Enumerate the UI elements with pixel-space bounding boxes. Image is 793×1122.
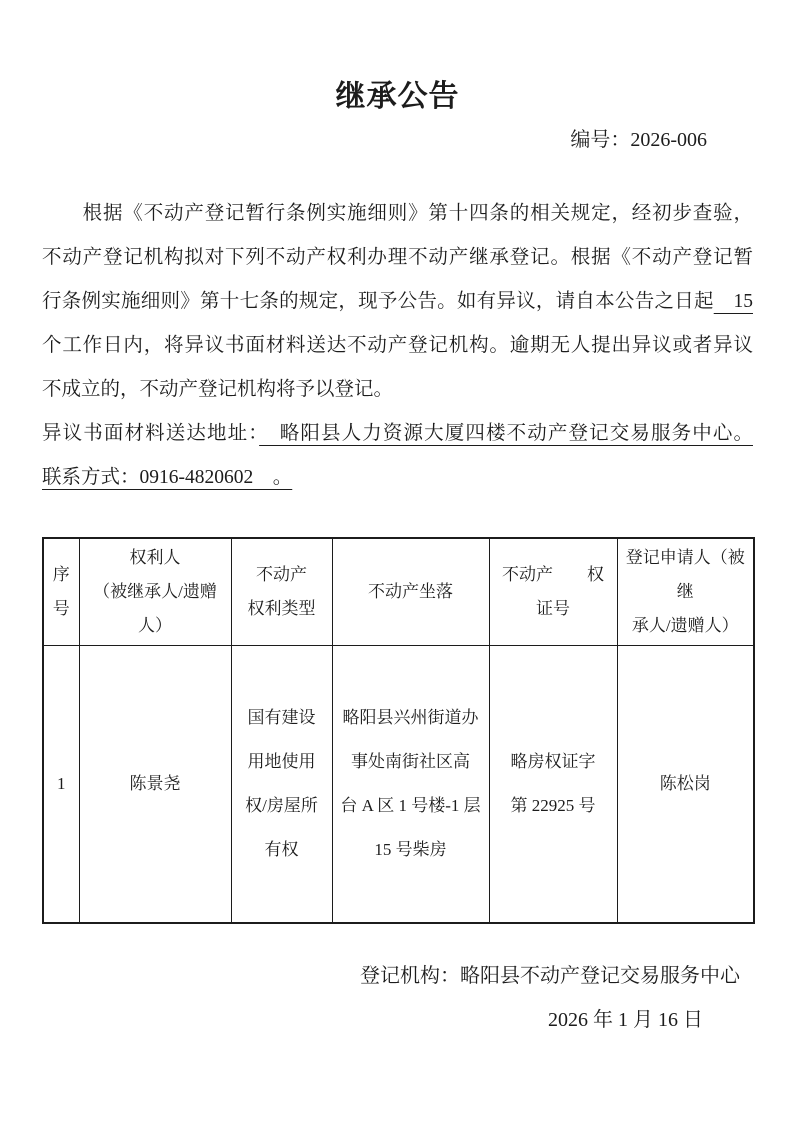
address-value-underlined: 略阳县人力资源大厦四楼不动产登记交易服务中心。	[259, 423, 753, 444]
notice-table: 序 号 权利人 （被继承人/遗赠 人） 不动产 权利类型 不动产坐落 不动产 权…	[42, 537, 755, 924]
notice-table-wrap: 序 号 权利人 （被继承人/遗赠 人） 不动产 权利类型 不动产坐落 不动产 权…	[42, 537, 753, 924]
document-page: 继承公告 编号：2026-006 根据《不动产登记暂行条例实施细则》第十四条的相…	[0, 0, 793, 1122]
address-label: 异议书面材料送达地址：	[42, 423, 259, 444]
col-header-right-type: 不动产 权利类型	[231, 538, 332, 646]
col-header-location: 不动产坐落	[332, 538, 489, 646]
contact-line: 联系方式：0916-4820602 。	[42, 456, 753, 500]
paragraph-text: 行条例实施细则》第十七条的规定，现予公告。如有异议，请自本公告之日起	[42, 291, 714, 312]
paragraph-line: 不动产登记机构拟对下列不动产权利办理不动产继承登记。根据《不动产登记暂	[42, 236, 753, 280]
cell-location: 略阳县兴州街道办 事处南街社区高 台 A 区 1 号楼-1 层 15 号柴房	[332, 646, 489, 923]
table-header-row: 序 号 权利人 （被继承人/遗赠 人） 不动产 权利类型 不动产坐落 不动产 权…	[43, 538, 754, 646]
col-header-right-holder: 权利人 （被继承人/遗赠 人）	[79, 538, 231, 646]
cell-cert-number: 略房权证字 第 22925 号	[489, 646, 617, 923]
cell-right-holder: 陈景尧	[79, 646, 231, 923]
paragraph-text: 根据《不动产登记暂行条例实施细则》第十四条的相关规定，经初步查验，	[42, 203, 753, 224]
cell-applicant: 陈松岗	[617, 646, 754, 923]
table-row: 1 陈景尧 国有建设 用地使用 权/房屋所 有权 略阳县兴州街道办 事处南街社区…	[43, 646, 754, 923]
col-header-cert-number: 不动产 权 证号	[489, 538, 617, 646]
col-header-index: 序 号	[43, 538, 79, 646]
paragraph-line: 不成立的，不动产登记机构将予以登记。	[42, 368, 753, 412]
paragraph-text: 不成立的，不动产登记机构将予以登记。	[42, 379, 393, 400]
paragraph-text: 不动产登记机构拟对下列不动产权利办理不动产继承登记。根据《不动产登记暂	[42, 247, 753, 268]
cell-index: 1	[43, 646, 79, 923]
page-title: 继承公告	[42, 0, 753, 118]
paragraph-line: 根据《不动产登记暂行条例实施细则》第十四条的相关规定，经初步查验，	[42, 192, 753, 236]
notice-body: 根据《不动产登记暂行条例实施细则》第十四条的相关规定，经初步查验， 不动产登记机…	[42, 192, 753, 500]
document-content: 继承公告 编号：2026-006 根据《不动产登记暂行条例实施细则》第十四条的相…	[0, 0, 793, 1042]
footer-agency: 登记机构：略阳县不动产登记交易服务中心	[42, 954, 753, 998]
underlined-fill-days: 15	[714, 291, 753, 312]
paragraph-line: 个工作日内，将异议书面材料送达不动产登记机构。逾期无人提出异议或者异议	[42, 324, 753, 368]
doc-number: 编号：2026-006	[42, 122, 753, 158]
paragraph-text: 个工作日内，将异议书面材料送达不动产登记机构。逾期无人提出异议或者异议	[42, 335, 753, 356]
footer-date: 2026 年 1 月 16 日	[42, 998, 753, 1042]
address-line: 异议书面材料送达地址： 略阳县人力资源大厦四楼不动产登记交易服务中心。	[42, 412, 753, 456]
paragraph-line: 行条例实施细则》第十七条的规定，现予公告。如有异议，请自本公告之日起 15	[42, 280, 753, 324]
cell-right-type: 国有建设 用地使用 权/房屋所 有权	[231, 646, 332, 923]
contact-value-underlined: 联系方式：0916-4820602 。	[42, 467, 292, 488]
col-header-applicant: 登记申请人（被继 承人/遗赠人）	[617, 538, 754, 646]
